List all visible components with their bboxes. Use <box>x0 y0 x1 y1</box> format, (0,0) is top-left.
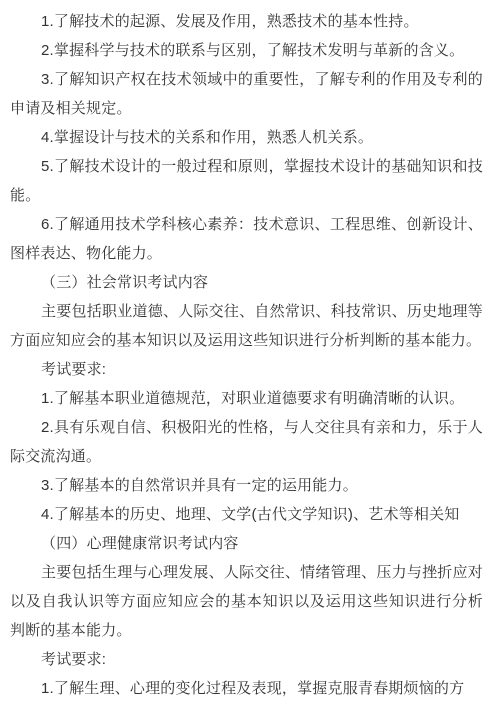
text-line: 主要包括生理与心理发展、人际交往、情绪管理、压力与挫折应对 <box>10 558 483 587</box>
text-line: 方面应知应会的基本知识以及运用这些知识进行分析判断的基本能力。 <box>10 326 483 355</box>
text-line: 4.掌握设计与技术的关系和作用，熟悉人机关系。 <box>10 123 483 152</box>
text-line: 考试要求: <box>10 645 483 674</box>
text-line: 考试要求: <box>10 355 483 384</box>
text-line: 1.了解技术的起源、发展及作用，熟悉技术的基本性持。 <box>10 7 483 36</box>
text-line: 3.了解基本的自然常识并具有一定的运用能力。 <box>10 471 483 500</box>
text-line: 主要包括职业道德、人际交往、自然常识、科技常识、历史地理等 <box>10 297 483 326</box>
document-page: 1.了解技术的起源、发展及作用，熟悉技术的基本性持。2.掌握科学与技术的联系与区… <box>0 0 493 716</box>
text-line: 申请及相关规定。 <box>10 94 483 123</box>
text-line: 判断的基本能力。 <box>10 616 483 645</box>
text-line: 际交流沟通。 <box>10 442 483 471</box>
text-line: 1.了解生理、心理的变化过程及表现，掌握克服青春期烦恼的方法。 <box>10 674 483 703</box>
text-line: 4.了解基本的历史、地理、文学(古代文学知识)、艺术等相关知识。 <box>10 500 483 529</box>
document-body: 1.了解技术的起源、发展及作用，熟悉技术的基本性持。2.掌握科学与技术的联系与区… <box>10 7 483 703</box>
text-line: 以及自我认识等方面应知应会的基本知识以及运用这些知识进行分析 <box>10 587 483 616</box>
text-line: 能。 <box>10 181 483 210</box>
text-line: 6.了解通用技术学科核心素养：技术意识、工程思维、创新设计、 <box>10 210 483 239</box>
text-line: 2.具有乐观自信、积极阳光的性格，与人交往具有亲和力，乐于人 <box>10 413 483 442</box>
text-line: 2.掌握科学与技术的联系与区别，了解技术发明与革新的含义。 <box>10 36 483 65</box>
text-line: （四）心理健康常识考试内容 <box>10 529 483 558</box>
text-line: 5.了解技术设计的一般过程和原则，掌握技术设计的基础知识和技 <box>10 152 483 181</box>
text-line: 1.了解基本职业道德规范，对职业道德要求有明确清晰的认识。 <box>10 384 483 413</box>
text-line: 3.了解知识产权在技术领域中的重要性，了解专利的作用及专利的 <box>10 65 483 94</box>
text-line: （三）社会常识考试内容 <box>10 268 483 297</box>
text-line: 图样表达、物化能力。 <box>10 239 483 268</box>
